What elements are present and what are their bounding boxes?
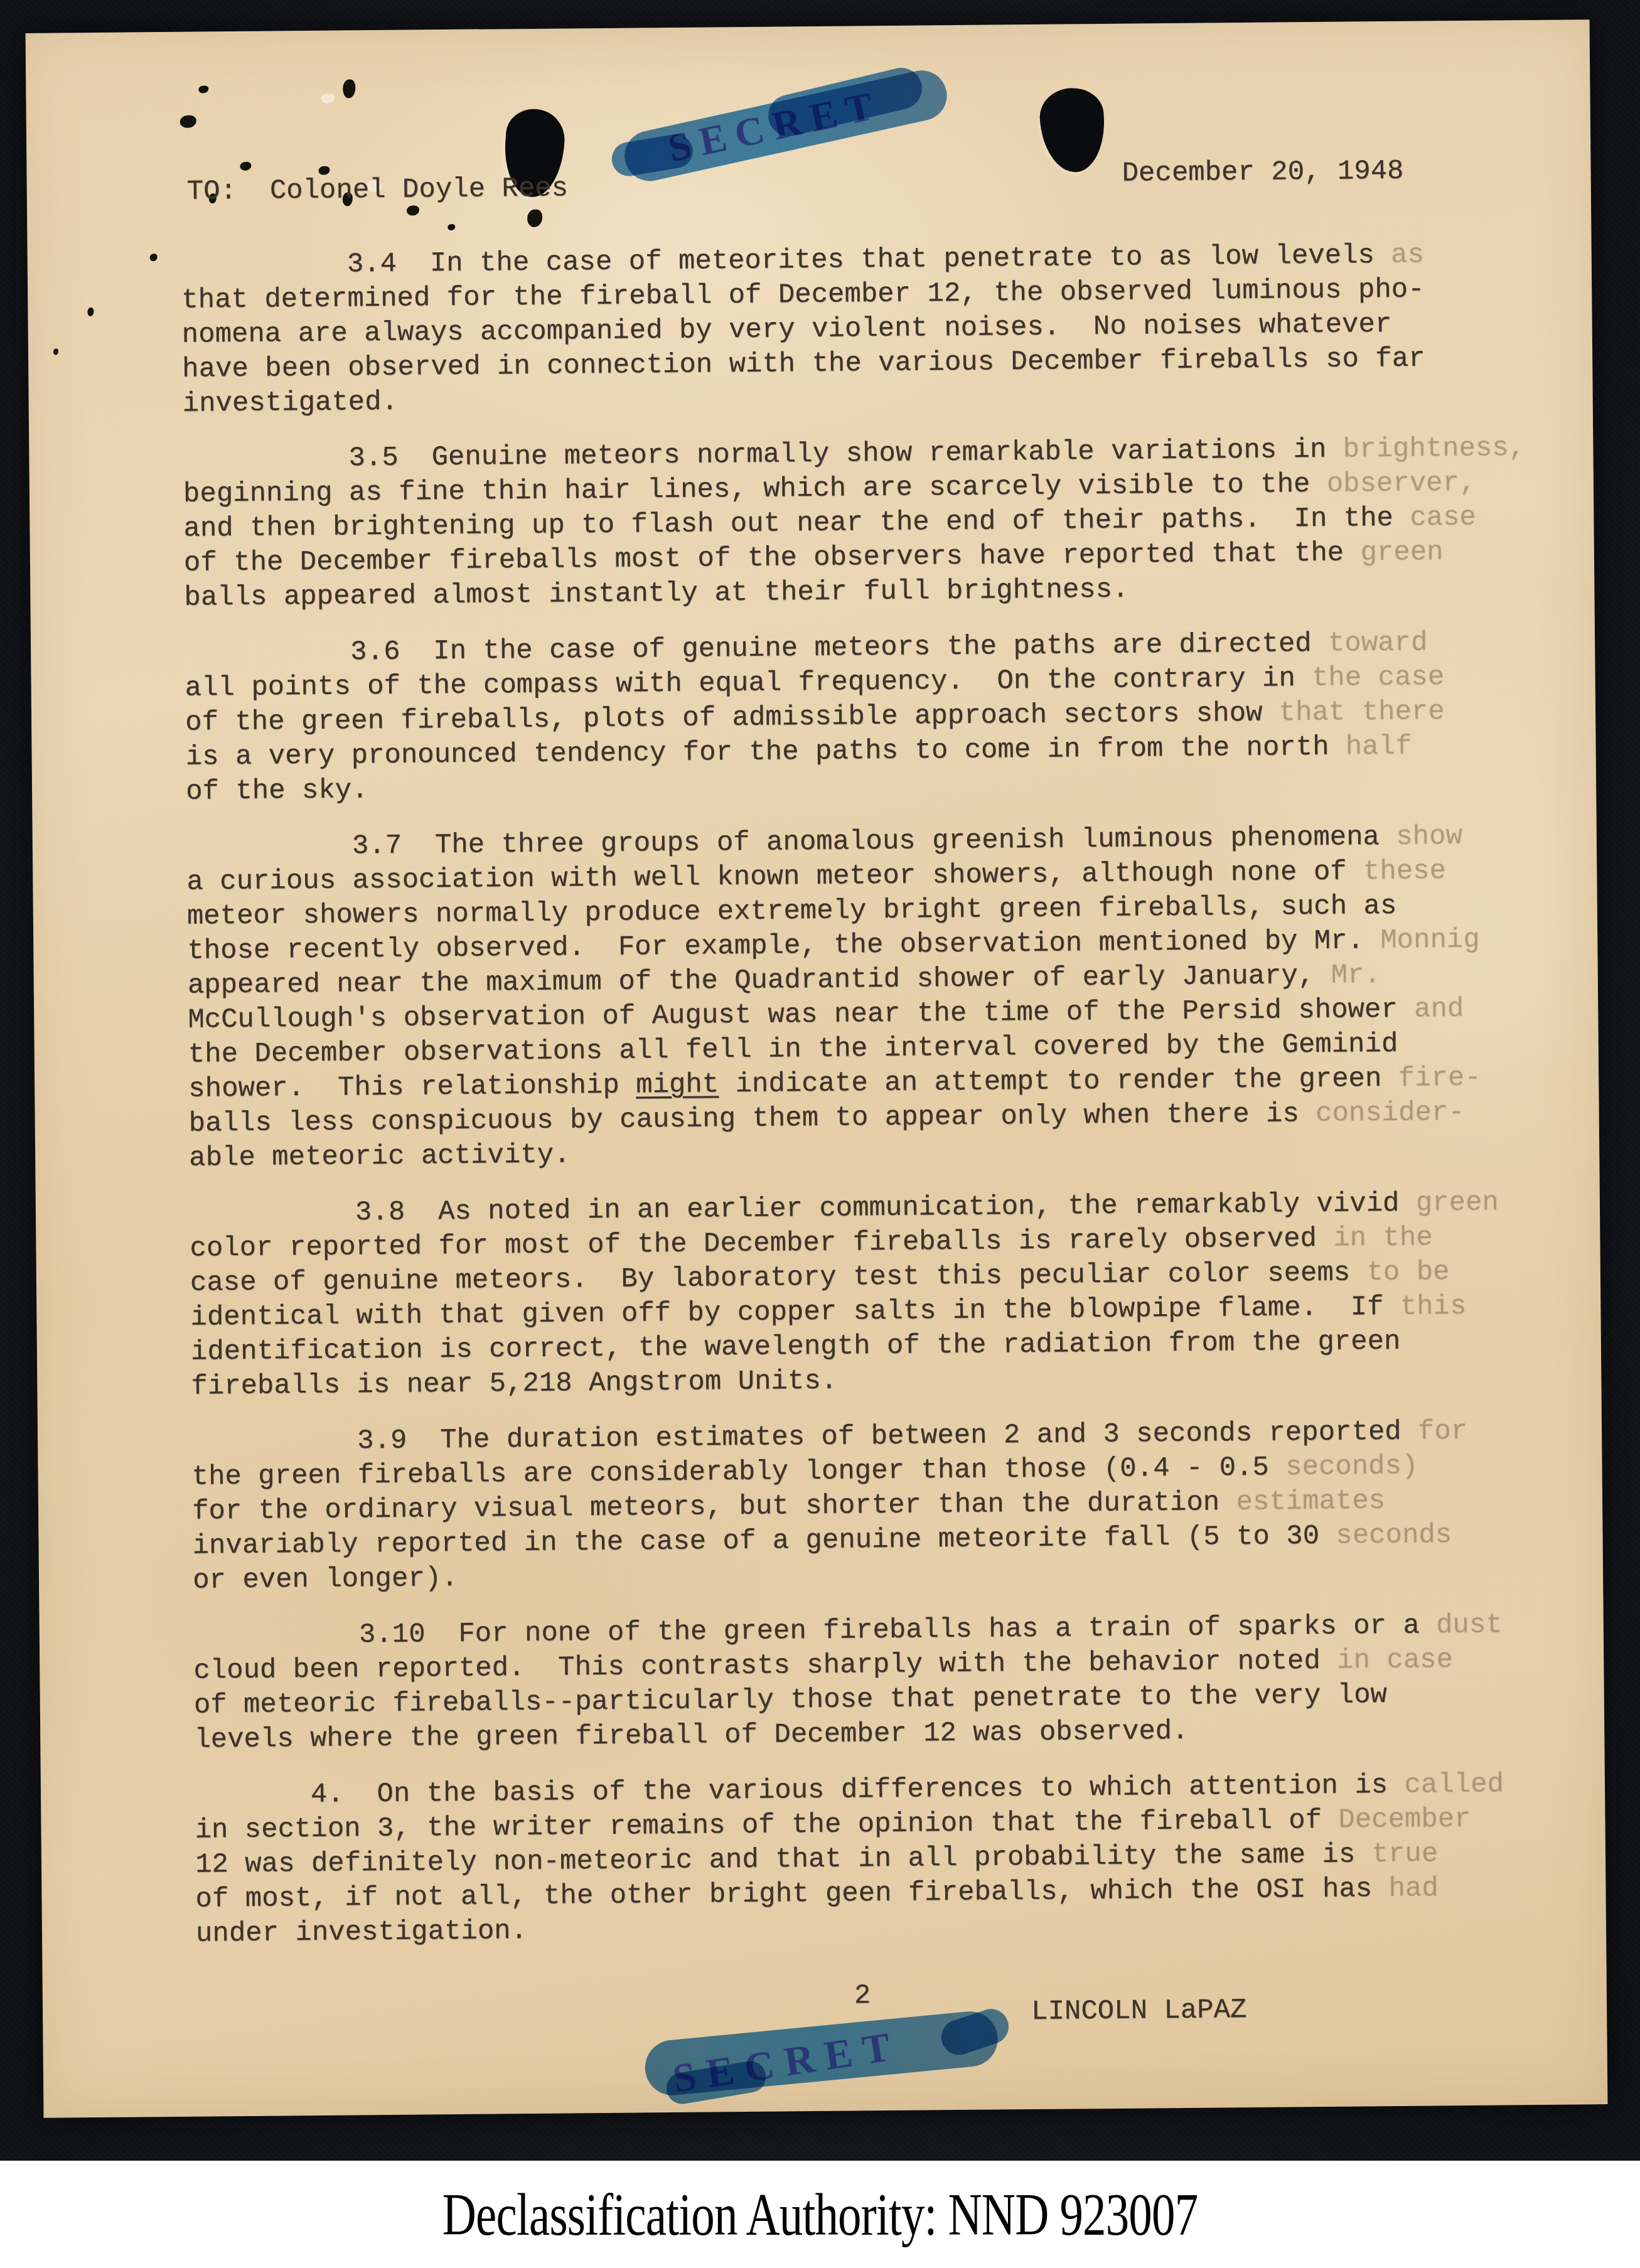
typed-segment: to be [1366, 1256, 1449, 1288]
typed-segment: case [1410, 502, 1476, 534]
paragraph-3.8: 3.8 As noted in an earlier communication… [190, 1185, 1629, 1404]
typed-segment: indicate an attempt to render the green [719, 1063, 1398, 1100]
paper-speck [87, 308, 94, 316]
typed-segment: half [1346, 731, 1412, 763]
typed-segment: this [1400, 1291, 1467, 1323]
typed-segment: these [1363, 855, 1446, 887]
typed-segment: dust [1436, 1609, 1503, 1641]
typed-segment: might [636, 1069, 719, 1101]
typed-segment: the case [1312, 661, 1445, 694]
typed-segment: shower. This relationship [188, 1070, 636, 1105]
typed-segment: investigated. [183, 387, 399, 420]
typed-segment: consider- [1316, 1097, 1465, 1130]
date-line: December 20, 1948 [1122, 154, 1403, 191]
typed-segment: in case [1337, 1644, 1453, 1677]
paragraph-3.5: 3.5 Genuine meteors normally show remark… [183, 431, 1621, 616]
typed-segment: in the [1333, 1222, 1433, 1254]
typed-segment: fireballs is near 5,218 Angstrom Units. [191, 1366, 837, 1403]
typed-segment: observer, [1327, 468, 1476, 500]
typed-segment: green [1360, 537, 1443, 569]
typed-segment: seconds [1336, 1519, 1452, 1552]
paragraph-4: 4. On the basis of the various differenc… [195, 1767, 1633, 1952]
scanned-document: SECRET TO: Colonel Doyle Rees December 2… [0, 0, 1640, 2268]
typed-segment: green [1416, 1187, 1499, 1219]
paper-speck [180, 115, 196, 128]
hole-punch-right [1038, 86, 1107, 174]
letter-body: 3.4 In the case of meteorites that penet… [181, 237, 1634, 1952]
paper-speck [321, 94, 335, 104]
typed-segment: or even longer). [193, 1563, 458, 1597]
typed-segment: called [1404, 1768, 1504, 1800]
typed-segment: estimates [1236, 1485, 1385, 1518]
paper-speck [53, 348, 58, 355]
paragraph-3.7: 3.7 The three groups of anomalous greeni… [186, 818, 1627, 1176]
declassification-text: Declassification Authority: NND 923007 [442, 2161, 1198, 2268]
typed-segment: true [1371, 1838, 1438, 1870]
declassification-banner: Declassification Authority: NND 923007 [0, 2161, 1640, 2268]
typed-segment: fire- [1398, 1062, 1481, 1094]
addressee-line: TO: Colonel Doyle Rees [187, 171, 569, 209]
typed-segment: able meteoric activity. [189, 1139, 571, 1174]
typed-segment: show [1396, 821, 1462, 853]
typed-segment: under investigation. [196, 1915, 528, 1950]
typed-segment: seconds) [1285, 1451, 1418, 1484]
typed-segment: December [1338, 1804, 1471, 1836]
paragraph-3.10: 3.10 For none of the green fireballs has… [193, 1607, 1632, 1758]
paper-speck [240, 162, 251, 171]
typed-segment: balls appeared almost instantly at their… [184, 574, 1128, 614]
signature-name: LINCOLN LaPAZ [1031, 1993, 1247, 2030]
typed-segment: as [1391, 240, 1424, 271]
typed-segment: had [1388, 1873, 1439, 1905]
page-number: 2 [854, 1979, 871, 2013]
typed-segment: of the sky. [186, 774, 368, 808]
typed-segment: toward [1328, 627, 1428, 659]
typed-segment: brightness, [1343, 432, 1526, 466]
typed-segment: and [1414, 993, 1464, 1025]
paper-speck [198, 85, 208, 93]
typed-segment: that there [1279, 696, 1445, 729]
paper-speck [343, 79, 355, 98]
typed-segment: levels where the green fireball of Decem… [194, 1716, 1189, 1756]
paper-speck [448, 224, 455, 230]
typed-segment: Mr. [1331, 960, 1381, 992]
paragraph-3.9: 3.9 The duration estimates of between 2 … [191, 1413, 1630, 1598]
paragraph-3.6: 3.6 In the case of genuine meteors the p… [185, 624, 1623, 810]
paper-speck [527, 210, 542, 227]
paper-speck [150, 254, 158, 261]
paper-page: SECRET TO: Colonel Doyle Rees December 2… [26, 19, 1608, 2118]
typed-segment: Monnig [1380, 924, 1480, 956]
typed-segment: for [1418, 1416, 1468, 1448]
paragraph-3.4: 3.4 In the case of meteorites that penet… [181, 237, 1620, 422]
